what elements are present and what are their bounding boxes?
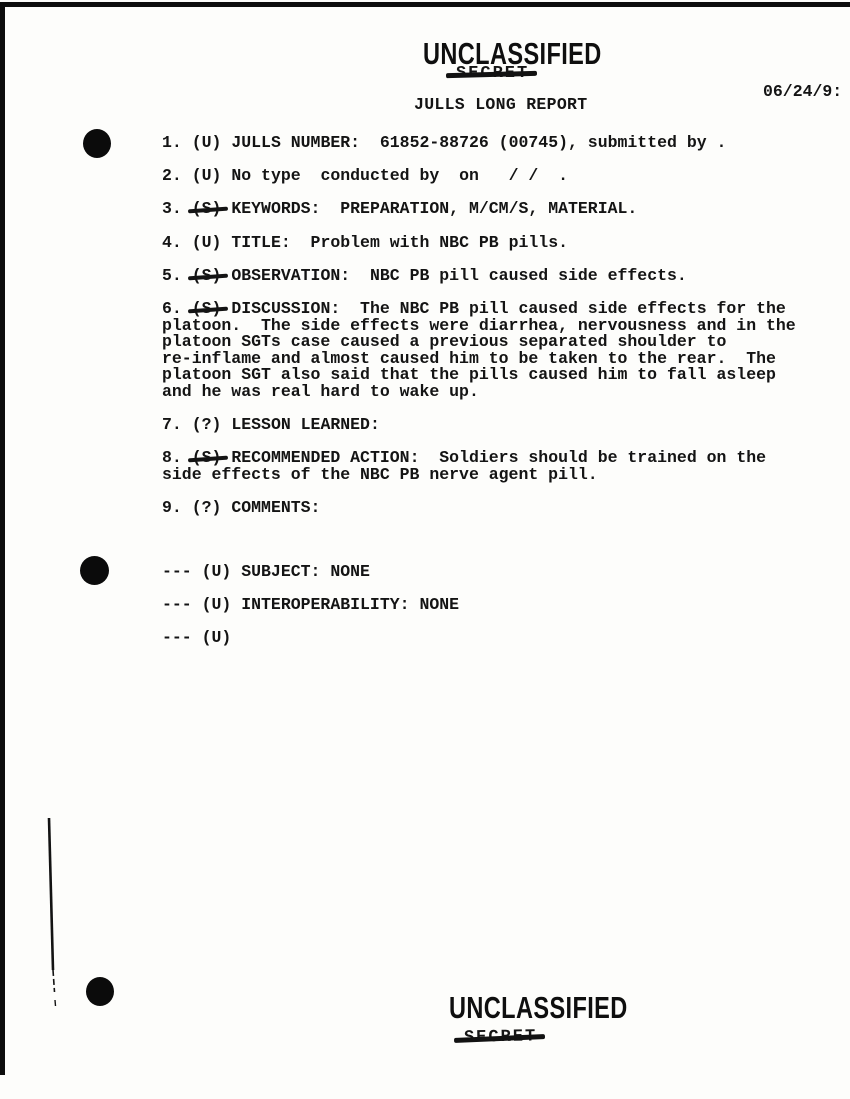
report-item-1: 1. (U) JULLS NUMBER: 61852-88726 (00745)… (162, 135, 834, 152)
hole-punch-top (83, 129, 111, 158)
report-date: 06/24/9: (763, 82, 842, 101)
classification-marker: (?) (192, 500, 222, 517)
item-number: 5. (162, 266, 192, 285)
classification-marker: (U) (192, 168, 222, 185)
report-item-9: 9. (?) COMMENTS: (162, 500, 834, 517)
item-text: JULLS NUMBER: 61852-88726 (00745), submi… (221, 133, 726, 152)
report-items: 1. (U) JULLS NUMBER: 61852-88726 (00745)… (162, 135, 834, 533)
trailer-field-2: --- (U) INTEROPERABILITY: NONE (162, 597, 459, 614)
trailer-fields: --- (U) SUBJECT: NONE--- (U) INTEROPERAB… (162, 564, 459, 663)
hole-punch-middle (80, 556, 109, 585)
item-number: 9. (162, 498, 192, 517)
trailer-field-1: --- (U) SUBJECT: NONE (162, 564, 459, 581)
report-item-8: 8. (S) RECOMMENDED ACTION: Soldiers shou… (162, 450, 834, 483)
item-text: TITLE: Problem with NBC PB pills. (221, 233, 568, 252)
report-item-5: 5. (S) OBSERVATION: NBC PB pill caused s… (162, 268, 834, 285)
scanned-document-page: UNCLASSIFIED SECRET 06/24/9: JULLS LONG … (0, 0, 850, 1099)
hole-punch-bottom (86, 977, 114, 1006)
item-number: 2. (162, 166, 192, 185)
item-number: 1. (162, 133, 192, 152)
footer-struck-secret: SECRET (464, 1027, 538, 1047)
item-number: 3. (162, 199, 192, 218)
classification-marker: (U) (192, 135, 222, 152)
item-text: COMMENTS: (221, 498, 320, 517)
item-number: 4. (162, 233, 192, 252)
header-struck-secret: SECRET (456, 64, 529, 83)
report-item-2: 2. (U) No type conducted by on / / . (162, 168, 834, 185)
scan-line-artifact (40, 810, 64, 1010)
report-item-4: 4. (U) TITLE: Problem with NBC PB pills. (162, 235, 834, 252)
struck-classification-marker: (S) (192, 268, 222, 285)
classification-marker: (?) (192, 417, 222, 434)
report-item-7: 7. (?) LESSON LEARNED: (162, 417, 834, 434)
item-text: No type conducted by on / / . (221, 166, 568, 185)
item-text: KEYWORDS: PREPARATION, M/CM/S, MATERIAL. (221, 199, 637, 218)
trailer-field-3: --- (U) (162, 630, 459, 647)
struck-classification-marker: (S) (192, 301, 222, 318)
item-number: 7. (162, 415, 192, 434)
footer-classification: UNCLASSIFIED (449, 990, 628, 1026)
scan-edge-top (0, 2, 850, 7)
report-title: JULLS LONG REPORT (414, 95, 587, 114)
scan-edge-left (0, 2, 5, 1075)
report-item-3: 3. (S) KEYWORDS: PREPARATION, M/CM/S, MA… (162, 201, 834, 218)
struck-classification-marker: (S) (192, 450, 222, 467)
item-text: LESSON LEARNED: (221, 415, 379, 434)
item-text: OBSERVATION: NBC PB pill caused side eff… (221, 266, 686, 285)
classification-marker: (U) (192, 235, 222, 252)
item-text: DISCUSSION: The NBC PB pill caused side … (162, 299, 796, 401)
report-item-6: 6. (S) DISCUSSION: The NBC PB pill cause… (162, 301, 834, 401)
item-text: RECOMMENDED ACTION: Soldiers should be t… (162, 448, 766, 484)
struck-classification-marker: (S) (192, 201, 222, 218)
